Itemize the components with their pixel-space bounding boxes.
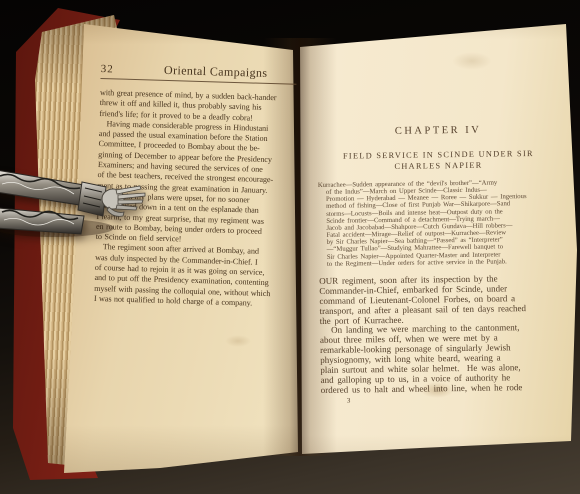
chapter-heading: CHAPTER IV xyxy=(317,124,559,138)
right-page-text-block: CHAPTER IV FIELD SERVICE IN SCINDE UNDER… xyxy=(317,124,563,405)
chapter-synopsis: Kurrachee—Sudden appearance of the “devi… xyxy=(318,179,561,268)
silver-hand-page-holder xyxy=(0,150,148,254)
left-page-number: 32 xyxy=(101,63,135,76)
book-photograph: 32 Oriental Campaigns with great presenc… xyxy=(0,0,580,494)
clasp-hand xyxy=(102,186,145,216)
chapter-title: FIELD SERVICE IN SCINDE UNDER SIR CHARLE… xyxy=(317,148,559,173)
clasp-upper-bar xyxy=(0,170,90,206)
right-page-body-text: OUR regiment, soon after its inspection … xyxy=(319,273,563,395)
